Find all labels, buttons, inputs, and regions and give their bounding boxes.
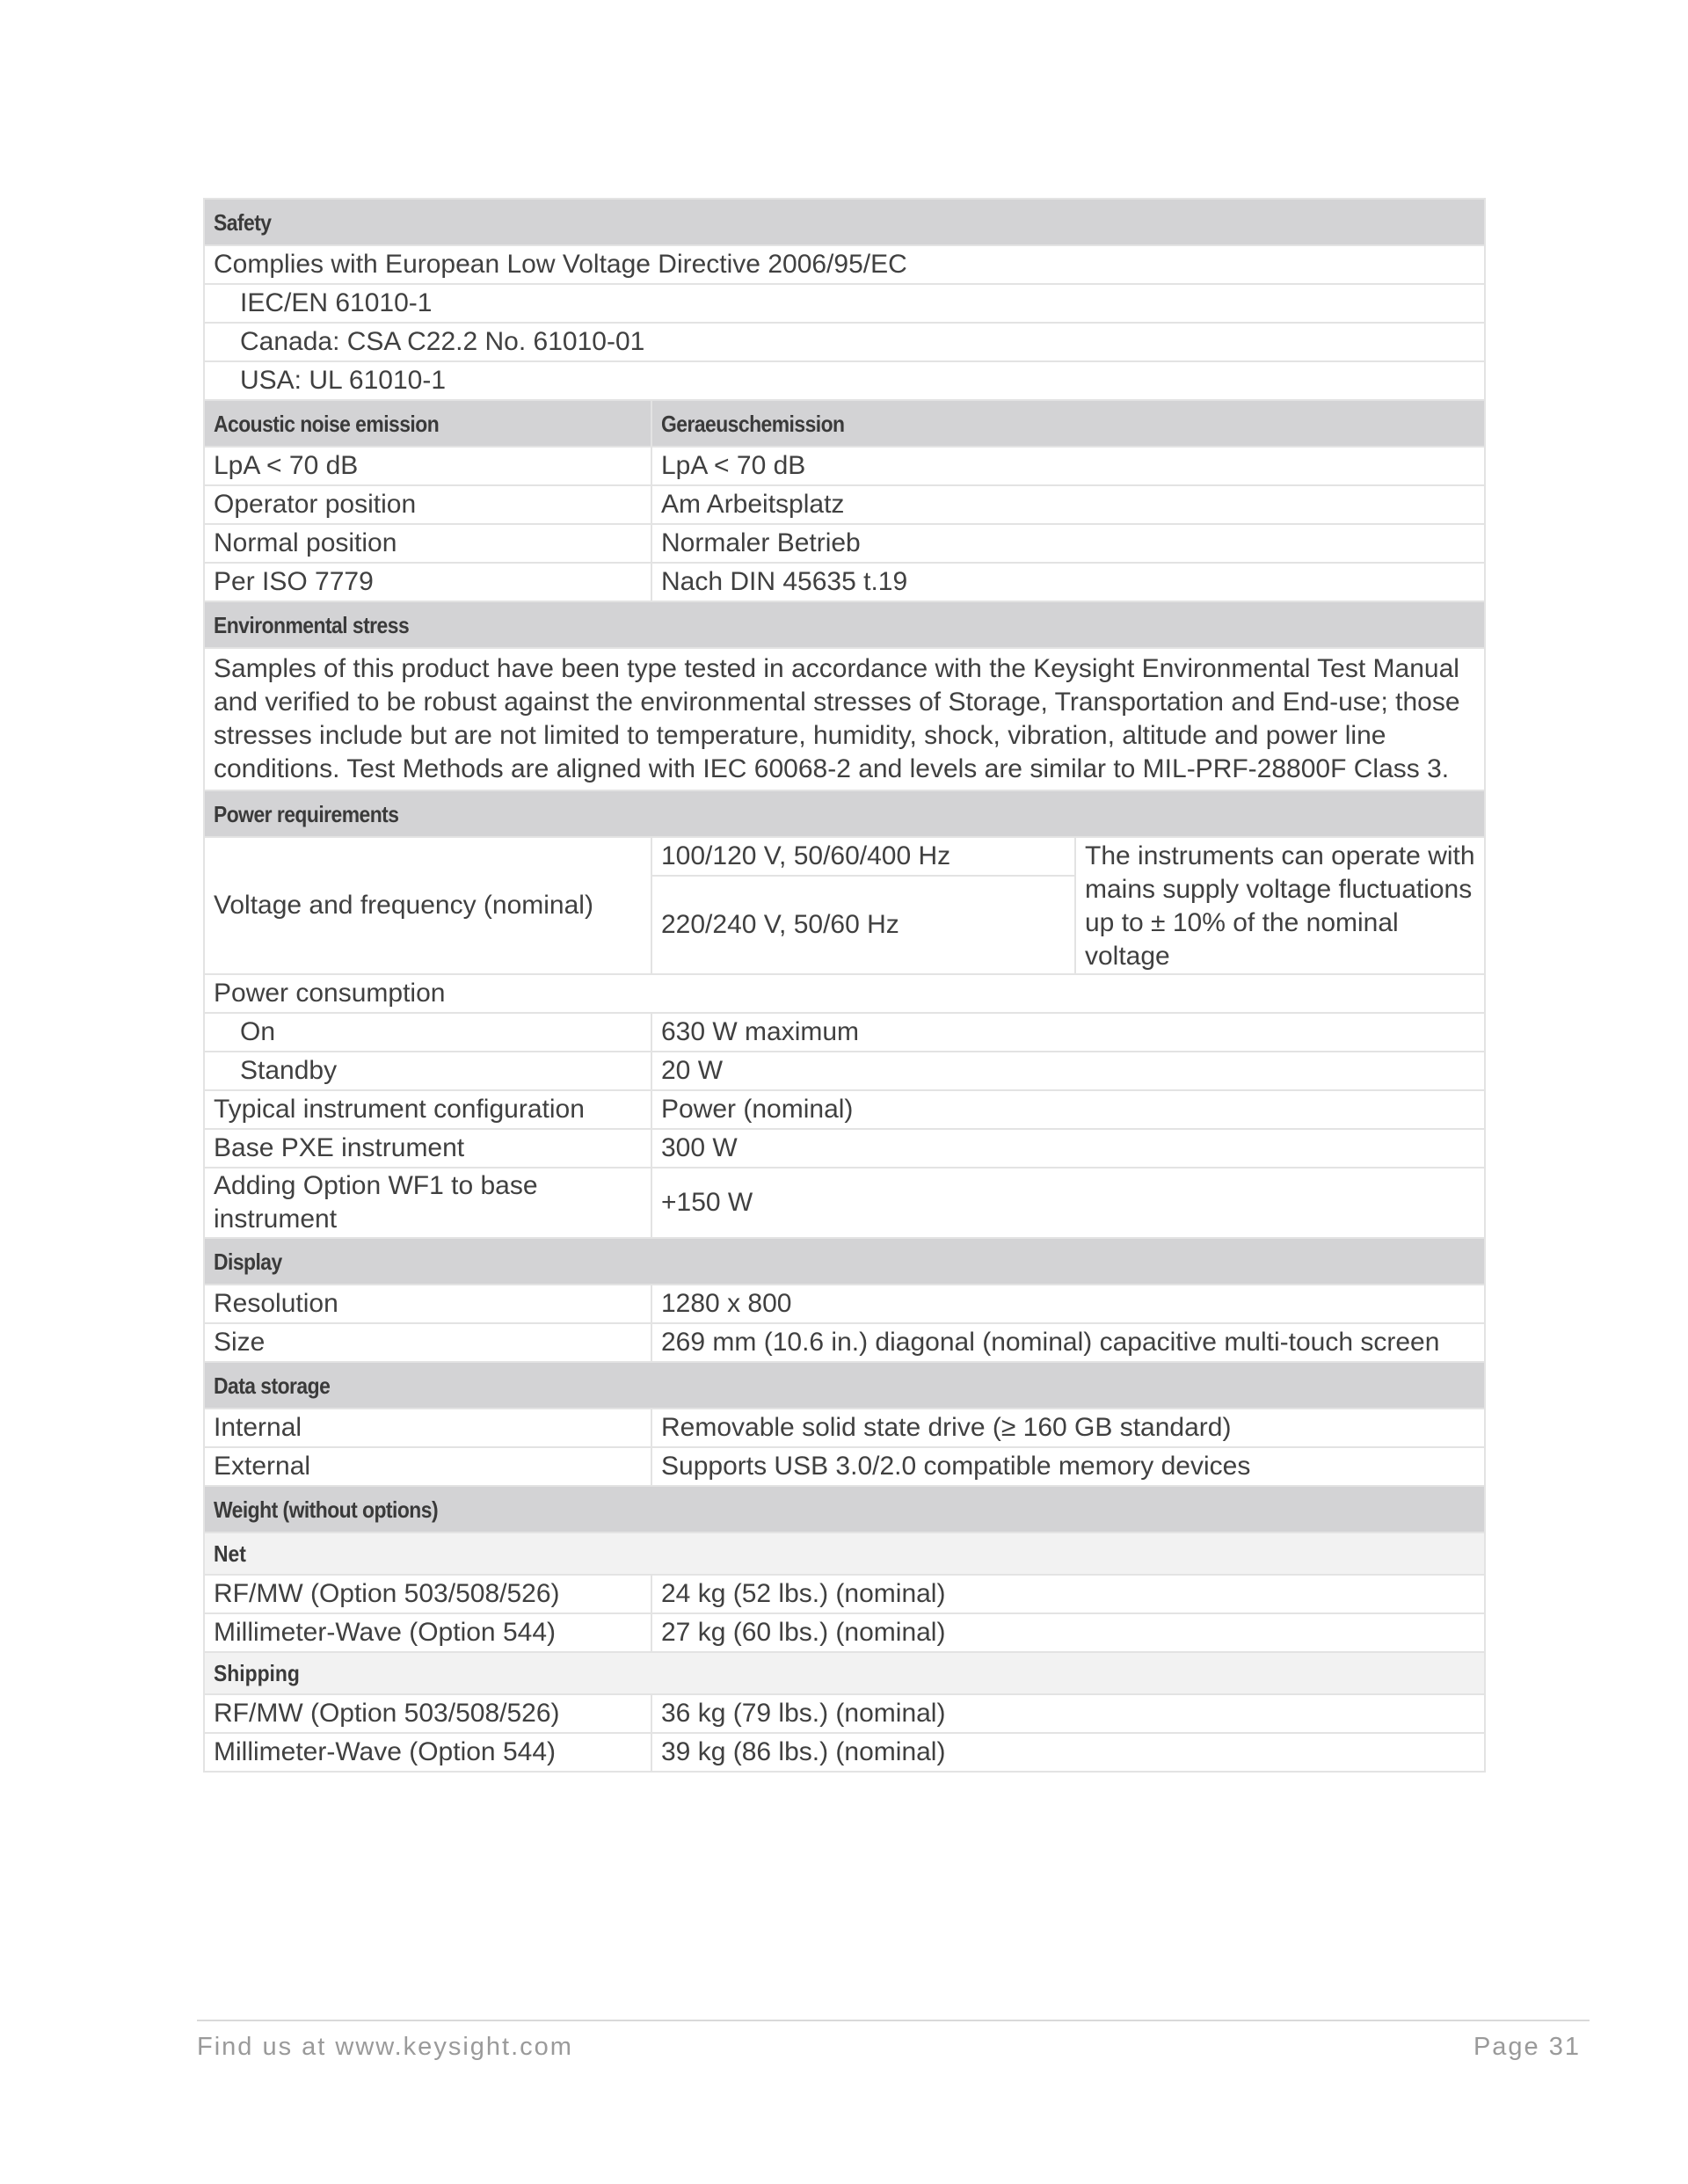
row-value: Power (nominal) [651, 1090, 1485, 1129]
cell-en: Normal position [204, 524, 651, 563]
row-label: Millimeter-Wave (Option 544) [204, 1733, 651, 1772]
table-row: USA: UL 61010-1 [204, 361, 1485, 400]
table-row: ExternalSupports USB 3.0/2.0 compatible … [204, 1447, 1485, 1486]
section-title: Acoustic noise emission [214, 407, 439, 440]
row-label: Size [204, 1323, 651, 1362]
table-row: Millimeter-Wave (Option 544)39 kg (86 lb… [204, 1733, 1485, 1772]
power-consumption-label: Power consumption [204, 974, 1485, 1013]
cell-de: Am Arbeitsplatz [651, 485, 1485, 524]
row-label: Resolution [204, 1285, 651, 1323]
table-row: Adding Option WF1 to base instrument+150… [204, 1168, 1485, 1238]
section-title: Weight (without options) [214, 1493, 438, 1526]
safety-text: IEC/EN 61010-1 [204, 284, 1485, 323]
row-value: 630 W maximum [651, 1013, 1485, 1052]
row-label: External [204, 1447, 651, 1486]
table-row: Per ISO 7779Nach DIN 45635 t.19 [204, 563, 1485, 601]
table-row: Resolution1280 x 800 [204, 1285, 1485, 1323]
row-label: Standby [204, 1052, 651, 1090]
row-value: Supports USB 3.0/2.0 compatible memory d… [651, 1447, 1485, 1486]
section-title: Display [214, 1245, 282, 1278]
row-label: Millimeter-Wave (Option 544) [204, 1613, 651, 1652]
table-row: LpA < 70 dBLpA < 70 dB [204, 447, 1485, 485]
section-title: Data storage [214, 1369, 330, 1402]
page-number: Page 31 [1473, 2025, 1581, 2069]
cell-en: Per ISO 7779 [204, 563, 651, 601]
cell-de: Normaler Betrieb [651, 524, 1485, 563]
cell-de: LpA < 70 dB [651, 447, 1485, 485]
row-value: 39 kg (86 lbs.) (nominal) [651, 1733, 1485, 1772]
section-title: Environmental stress [214, 608, 409, 642]
footer-divider [197, 2020, 1590, 2021]
safety-text: Complies with European Low Voltage Direc… [204, 245, 1485, 284]
table-row: Size269 mm (10.6 in.) diagonal (nominal)… [204, 1323, 1485, 1362]
table-row: On630 W maximum [204, 1013, 1485, 1052]
table-row: Standby20 W [204, 1052, 1485, 1090]
voltage-label: Voltage and frequency (nominal) [204, 837, 651, 974]
section-title: Power requirements [214, 797, 398, 831]
row-label: Typical instrument configuration [204, 1090, 651, 1129]
row-value: 1280 x 800 [651, 1285, 1485, 1323]
row-label: On [204, 1013, 651, 1052]
table-row: Normal positionNormaler Betrieb [204, 524, 1485, 563]
row-value: 27 kg (60 lbs.) (nominal) [651, 1613, 1485, 1652]
section-title-german: Geraeuschemission [661, 407, 844, 440]
table-row: RF/MW (Option 503/508/526)24 kg (52 lbs.… [204, 1575, 1485, 1613]
subsection-header-net: Net [204, 1532, 1485, 1575]
row-value: Removable solid state drive (≥ 160 GB st… [651, 1409, 1485, 1447]
table-row: Typical instrument configurationPower (n… [204, 1090, 1485, 1129]
table-row: Complies with European Low Voltage Direc… [204, 245, 1485, 284]
row-value: +150 W [651, 1168, 1485, 1238]
section-title: Safety [214, 206, 272, 239]
row-value: 269 mm (10.6 in.) diagonal (nominal) cap… [651, 1323, 1485, 1362]
table-row: Power consumption [204, 974, 1485, 1013]
row-label: Internal [204, 1409, 651, 1447]
row-label: Adding Option WF1 to base instrument [204, 1168, 651, 1238]
table-row: Operator positionAm Arbeitsplatz [204, 485, 1485, 524]
section-header-environmental: Environmental stress [204, 601, 1485, 648]
cell-de: Nach DIN 45635 t.19 [651, 563, 1485, 601]
table-row: Samples of this product have been type t… [204, 648, 1485, 790]
voltage-value: 220/240 V, 50/60 Hz [651, 876, 1075, 974]
row-label: Base PXE instrument [204, 1129, 651, 1168]
environmental-text: Samples of this product have been type t… [204, 648, 1485, 790]
safety-text: USA: UL 61010-1 [204, 361, 1485, 400]
cell-en: LpA < 70 dB [204, 447, 651, 485]
cell-en: Operator position [204, 485, 651, 524]
table-row: Base PXE instrument300 W [204, 1129, 1485, 1168]
row-label: RF/MW (Option 503/508/526) [204, 1694, 651, 1733]
specifications-table: Safety Complies with European Low Voltag… [203, 198, 1486, 1773]
table-row: Voltage and frequency (nominal) 100/120 … [204, 837, 1485, 876]
table-row: Millimeter-Wave (Option 544)27 kg (60 lb… [204, 1613, 1485, 1652]
section-header-power: Power requirements [204, 790, 1485, 837]
table-row: InternalRemovable solid state drive (≥ 1… [204, 1409, 1485, 1447]
row-value: 36 kg (79 lbs.) (nominal) [651, 1694, 1485, 1733]
subsection-title: Net [214, 1537, 246, 1570]
section-header-acoustic: Acoustic noise emission Geraeuschemissio… [204, 400, 1485, 447]
table-row: Canada: CSA C22.2 No. 61010-01 [204, 323, 1485, 361]
section-header-display: Display [204, 1238, 1485, 1285]
footer-website-link[interactable]: Find us at www.keysight.com [197, 2025, 573, 2069]
safety-text: Canada: CSA C22.2 No. 61010-01 [204, 323, 1485, 361]
subsection-header-shipping: Shipping [204, 1652, 1485, 1694]
table-row: RF/MW (Option 503/508/526)36 kg (79 lbs.… [204, 1694, 1485, 1733]
section-header-safety: Safety [204, 199, 1485, 245]
row-value: 300 W [651, 1129, 1485, 1168]
voltage-note: The instruments can operate with mains s… [1075, 837, 1485, 974]
subsection-title: Shipping [214, 1656, 300, 1690]
row-value: 20 W [651, 1052, 1485, 1090]
row-value: 24 kg (52 lbs.) (nominal) [651, 1575, 1485, 1613]
row-label: RF/MW (Option 503/508/526) [204, 1575, 651, 1613]
section-header-data-storage: Data storage [204, 1362, 1485, 1409]
table-row: IEC/EN 61010-1 [204, 284, 1485, 323]
section-header-weight: Weight (without options) [204, 1486, 1485, 1532]
voltage-value: 100/120 V, 50/60/400 Hz [651, 837, 1075, 876]
